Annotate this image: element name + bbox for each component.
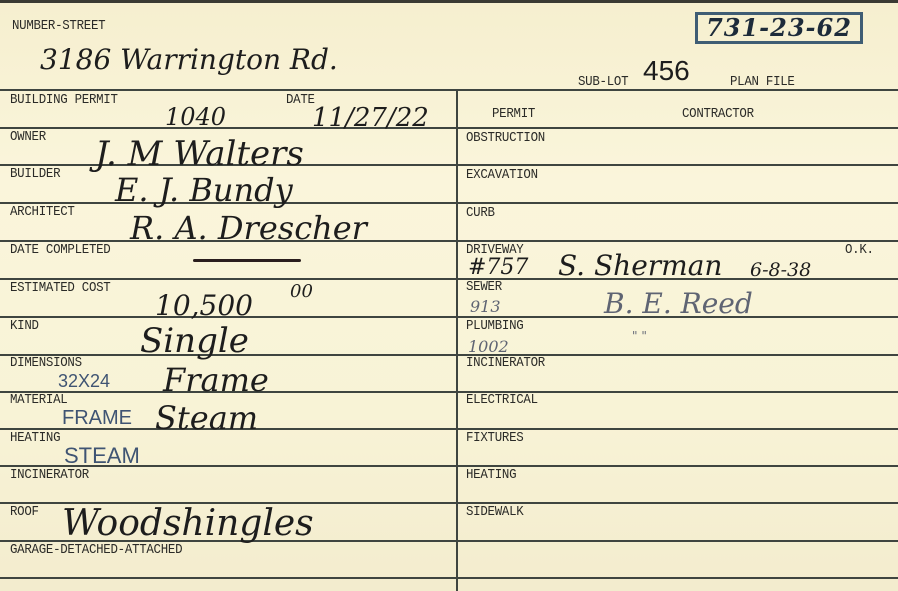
value-kind: Single <box>140 321 249 361</box>
label-number-street: NUMBER-STREET <box>12 19 105 34</box>
driveway-status: O.K. <box>845 243 874 258</box>
permit-fixtures: FIXTURES <box>466 431 523 446</box>
value-building-permit: 1040 <box>165 103 226 131</box>
plumbing-contractor-ditto: " " <box>632 329 647 343</box>
label-material: MATERIAL <box>10 393 67 408</box>
permit-incinerator: INCINERATOR <box>466 356 545 371</box>
label-sub-lot: SUB-LOT <box>578 75 628 90</box>
label-architect: ARCHITECT <box>10 205 75 220</box>
label-date-completed: DATE COMPLETED <box>10 243 110 258</box>
rule <box>0 127 898 129</box>
label-plan-file: PLAN FILE <box>730 75 795 90</box>
sewer-permit-number: 913 <box>470 297 501 316</box>
value-owner: J. M Walters <box>95 134 304 174</box>
value-sub-lot: 456 <box>643 55 690 87</box>
value-architect: R. A. Drescher <box>130 209 367 247</box>
value-permit-date: 11/27/22 <box>312 103 429 133</box>
label-date: DATE <box>286 93 315 108</box>
label-roof: ROOF <box>10 505 39 520</box>
label-estimated-cost: ESTIMATED COST <box>10 281 110 296</box>
file-number-stamp: 731-23-62 <box>695 12 863 44</box>
value-roof: Woodshingles <box>62 503 314 544</box>
driveway-contractor: S. Sherman <box>558 249 722 282</box>
permit-electrical: ELECTRICAL <box>466 393 538 408</box>
value-material: FRAME <box>62 407 132 430</box>
value-number-street: 3186 Warrington Rd. <box>40 43 338 76</box>
permit-obstruction: OBSTRUCTION <box>466 131 545 146</box>
label-garage: GARAGE-DETACHED-ATTACHED <box>10 543 182 558</box>
date-completed-dash <box>193 259 301 262</box>
value-estimated-cost-cents: 00 <box>290 281 313 302</box>
rule <box>0 354 898 356</box>
label-dimensions: DIMENSIONS <box>10 356 82 371</box>
value-heating-typed: Steam <box>155 399 258 437</box>
rule <box>0 316 898 318</box>
label-contractor-header: CONTRACTOR <box>682 107 754 122</box>
permit-curb: CURB <box>466 206 495 221</box>
driveway-permit-number: #757 <box>468 255 528 280</box>
label-incinerator: INCINERATOR <box>10 468 89 483</box>
label-heating: HEATING <box>10 431 60 446</box>
label-owner: OWNER <box>10 130 46 145</box>
value-heating: STEAM <box>64 443 140 469</box>
rule <box>0 391 898 393</box>
label-kind: KIND <box>10 319 39 334</box>
label-building-permit: BUILDING PERMIT <box>10 93 118 108</box>
permit-plumbing: PLUMBING <box>466 319 523 334</box>
value-material-typed: Frame <box>163 361 269 399</box>
permit-heating: HEATING <box>466 468 516 483</box>
label-permit-header: PERMIT <box>492 107 535 122</box>
value-dimensions: 32X24 <box>58 371 110 392</box>
plumbing-permit-number: 1002 <box>468 337 509 356</box>
rule <box>0 577 898 579</box>
driveway-date: 6-8-38 <box>750 259 811 281</box>
label-builder: BUILDER <box>10 167 60 182</box>
value-estimated-cost: 10,500 <box>155 289 253 322</box>
permit-sewer: SEWER <box>466 280 502 295</box>
permit-excavation: EXCAVATION <box>466 168 538 183</box>
permit-sidewalk: SIDEWALK <box>466 505 523 520</box>
value-builder: E. J. Bundy <box>115 171 293 209</box>
rule <box>0 428 898 430</box>
building-record-card: NUMBER-STREET 3186 Warrington Rd. 731-23… <box>0 0 898 591</box>
sewer-contractor: B. E. Reed <box>604 287 753 320</box>
column-divider <box>456 89 458 591</box>
